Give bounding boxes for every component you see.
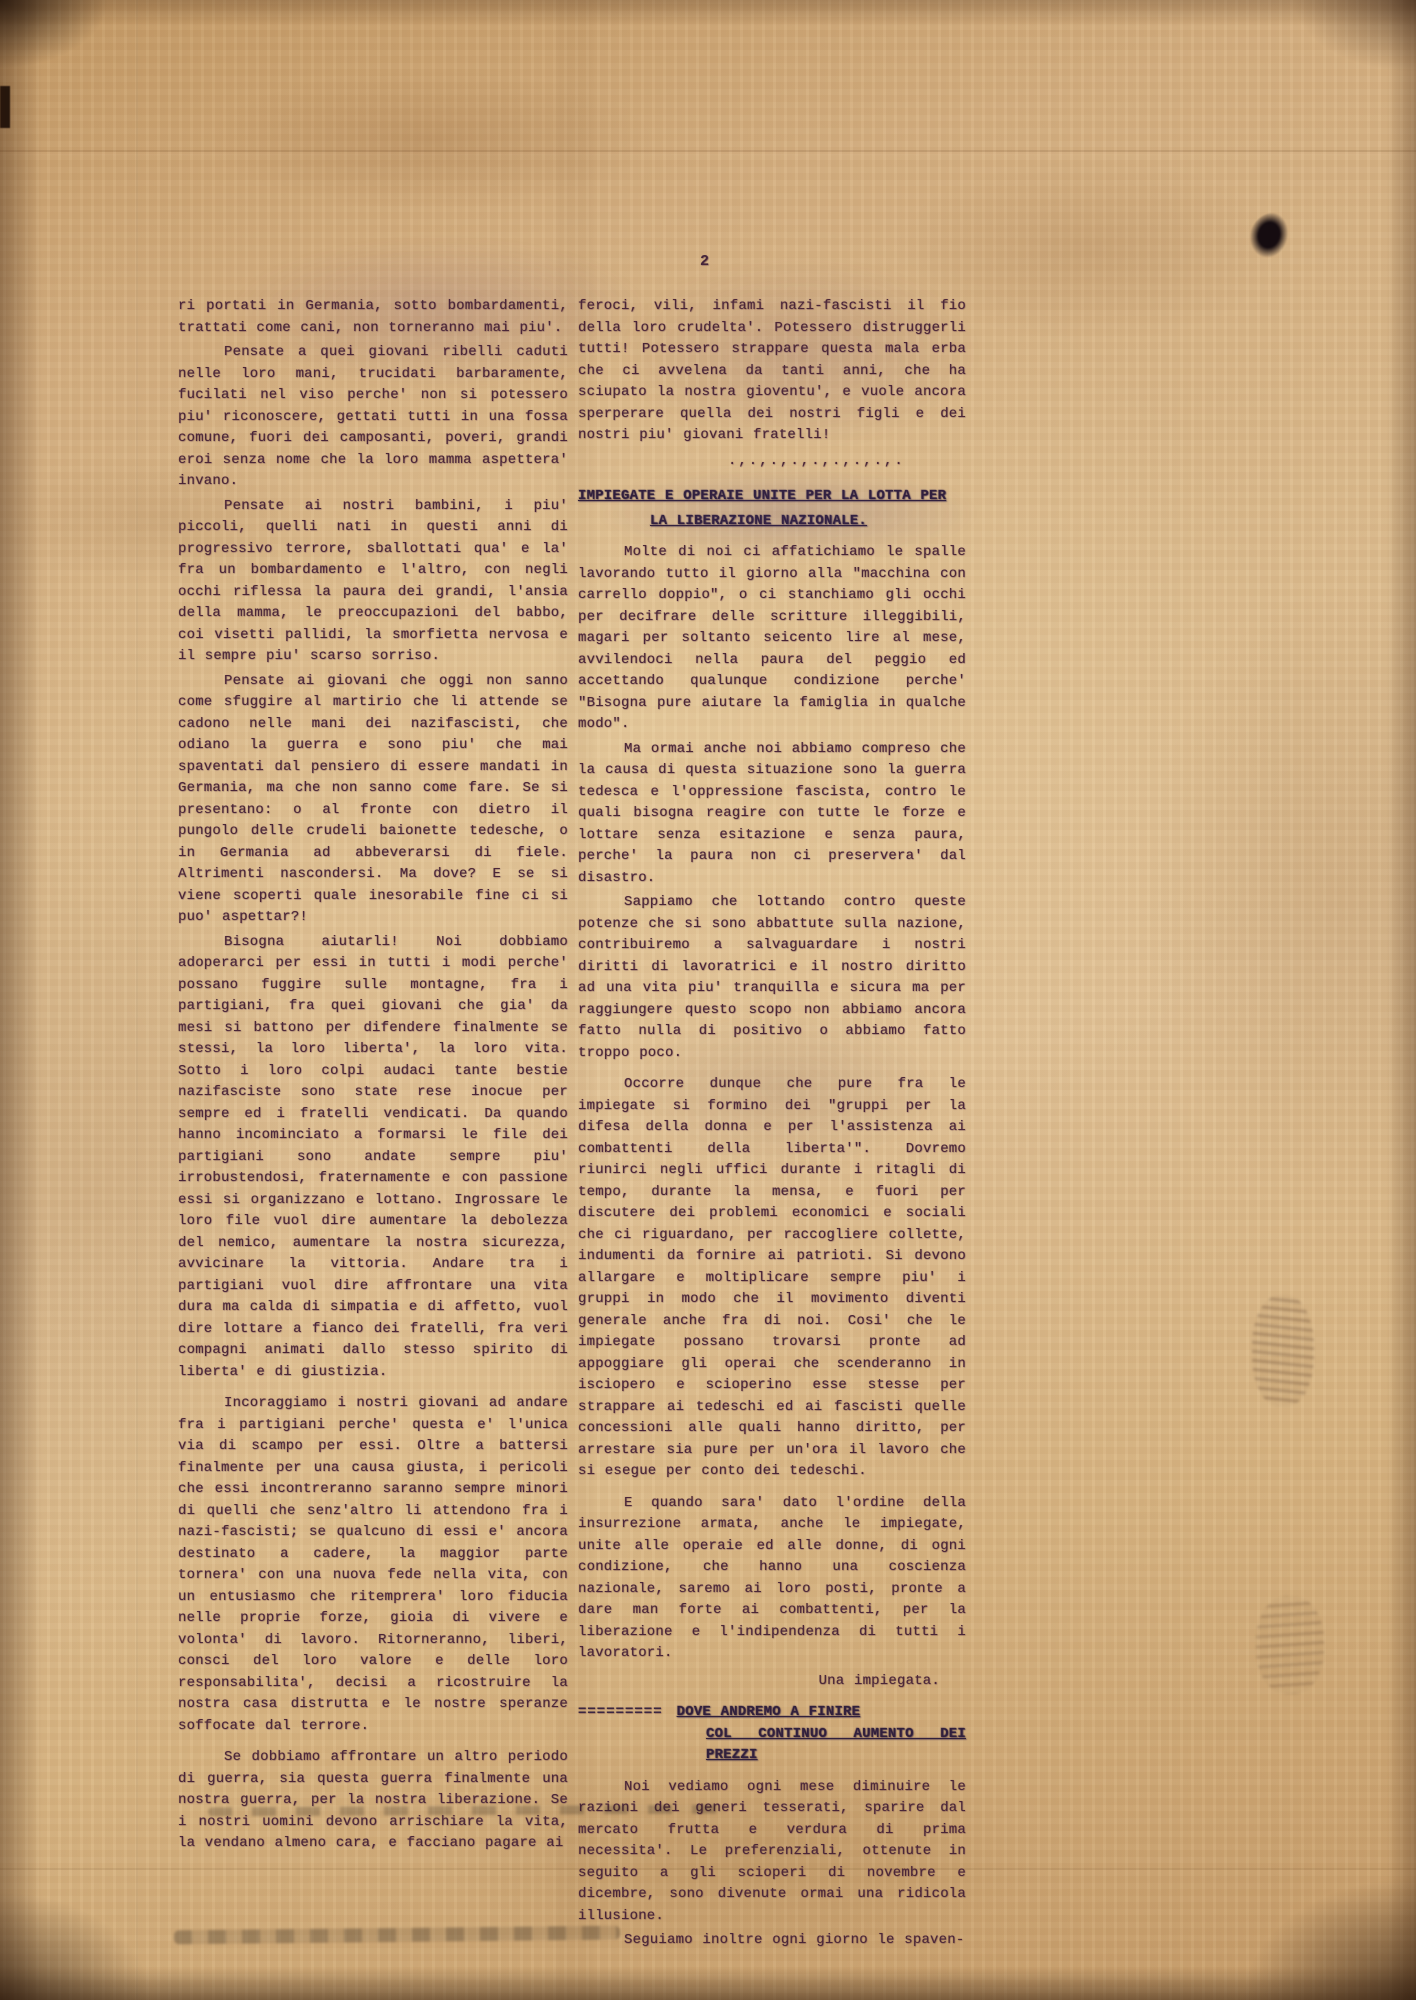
- body-paragraph: Molte di noi ci affatichiamo le spalle l…: [578, 542, 966, 736]
- section-heading: DOVE ANDREMO A FINIRE: [677, 1702, 861, 1724]
- body-paragraph: Ma ormai anche noi abbiamo compreso che …: [578, 739, 966, 890]
- signature: Una impiegata.: [578, 1671, 966, 1693]
- body-paragraph: Pensate a quei giovani ribelli caduti ne…: [178, 342, 568, 493]
- page-number: 2: [700, 253, 709, 270]
- body-paragraph: Noi vediamo ogni mese diminuire le razio…: [578, 1777, 966, 1928]
- document-page: 2 ri portati in Germania, sotto bombarda…: [0, 0, 1416, 2000]
- ink-blob: [1245, 208, 1293, 262]
- stamp-ghost: [598, 466, 978, 561]
- section-heading: COL CONTINUO AUMENTO DEI PREZZI: [578, 1724, 966, 1767]
- body-paragraph: Bisogna aiutarli! Noi dobbiamo adoperarc…: [178, 932, 568, 1384]
- fold-crease: [136, 0, 138, 2000]
- body-paragraph: Incoraggiamo i nostri giovani ad andare …: [178, 1393, 568, 1737]
- body-paragraph: Pensate ai nostri bambini, i piu' piccol…: [178, 496, 568, 668]
- decorative-line: =========: [578, 1702, 663, 1724]
- fold-crease: [0, 150, 1416, 152]
- body-paragraph: ri portati in Germania, sotto bombardame…: [178, 296, 568, 339]
- edge-mark: [0, 86, 10, 128]
- ink-smudge: [1256, 1596, 1324, 1694]
- body-paragraph: E quando sara' dato l'ordine della insur…: [578, 1493, 966, 1665]
- body-paragraph: Occorre dunque che pure fra le impiegate…: [578, 1074, 966, 1483]
- ink-smudge: [1252, 1295, 1314, 1407]
- body-paragraph: Seguiamo inoltre ogni giorno le spaven-: [578, 1930, 966, 1952]
- pencil-smudge: [174, 1926, 620, 1945]
- body-paragraph: Sappiamo che lottando contro queste pote…: [578, 892, 966, 1064]
- text-column-left: ri portati in Germania, sotto bombardame…: [178, 296, 568, 1858]
- body-paragraph: feroci, vili, infami nazi-fascisti il fi…: [578, 296, 966, 447]
- body-paragraph: Se dobbiamo affrontare un altro periodo …: [178, 1747, 568, 1855]
- body-paragraph: Pensate ai giovani che oggi non sanno co…: [178, 671, 568, 929]
